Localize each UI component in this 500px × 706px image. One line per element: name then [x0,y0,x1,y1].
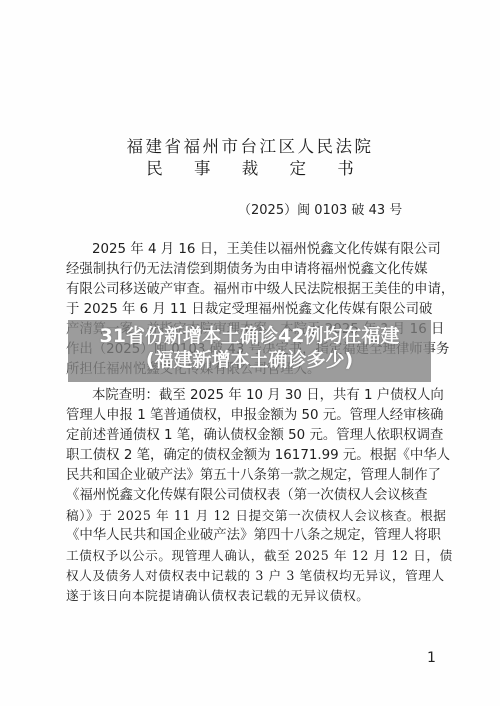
document-page: 福建省福州市台江区人民法院 民 事 裁 定 书 （2025）闽 0103 破 4… [0,0,500,706]
text-line: 遂于该日向本院提请确认债权表记载的无异议债权。 [66,586,438,606]
text-line: 2025 年 4 月 16 日，王美佳以福州悦鑫文化传媒有限公司 [66,240,438,260]
case-number: （2025）闽 0103 破 43 号 [238,202,402,220]
text-line: 民共和国企业破产法》第五十八条第一款之规定，管理人制作了 [66,466,438,486]
court-name-heading: 福建省福州市台江区人民法院 [0,137,500,157]
document-type-heading: 民 事 裁 定 书 [0,159,500,179]
text-line: 《福州悦鑫文化传媒有限公司债权表（第一次债权人会议核查 [66,486,438,506]
page-number: 1 [427,650,436,666]
text-line: 于 2025 年 6 月 11 日裁定受理福州悦鑫文化传媒有限公司破 [66,300,438,320]
text-line: 工债权予以公示。现管理人确认，截至 2025 年 12 月 12 日，债 [66,546,438,566]
text-line: 有限公司移送破产审查。福州市中级人民法院根据王美佳的申请， [66,280,438,300]
text-line: 本院查明：截至 2025 年 10 月 30 日，共有 1 户债权人向 [66,386,438,406]
text-line: 职工债权 2 笔，确定的债权金额为 16171.99 元。根据《中华人 [66,446,438,466]
overlay-title-line-1: 31省份新增本土确诊42例均在福建 [68,325,431,347]
overlay-title-line-2: (福建新增本土确诊多少) [68,349,431,371]
text-line: 经强制执行仍无法清偿到期债务为由申请将福州悦鑫文化传媒 [66,260,438,280]
text-line: 《中华人民共和国企业破产法》第四十八条之规定，管理人将职 [66,526,438,546]
text-line: 管理人申报 1 笔普通债权，申报金额为 50 元。管理人经审核确 [66,406,438,426]
text-line: 定前述普通债权 1 笔，确认债权金额 50 元。管理人依职权调查 [66,426,438,446]
text-line: 稿）》于 2025 年 11 月 12 日提交第一次债权人会议核查。根据 [66,506,438,526]
text-line: 权人及债务人对债权表中记载的 3 户 3 笔债权均无异议，管理人 [66,566,438,586]
paragraph-findings: 本院查明：截至 2025 年 10 月 30 日，共有 1 户债权人向 管理人申… [66,386,438,606]
